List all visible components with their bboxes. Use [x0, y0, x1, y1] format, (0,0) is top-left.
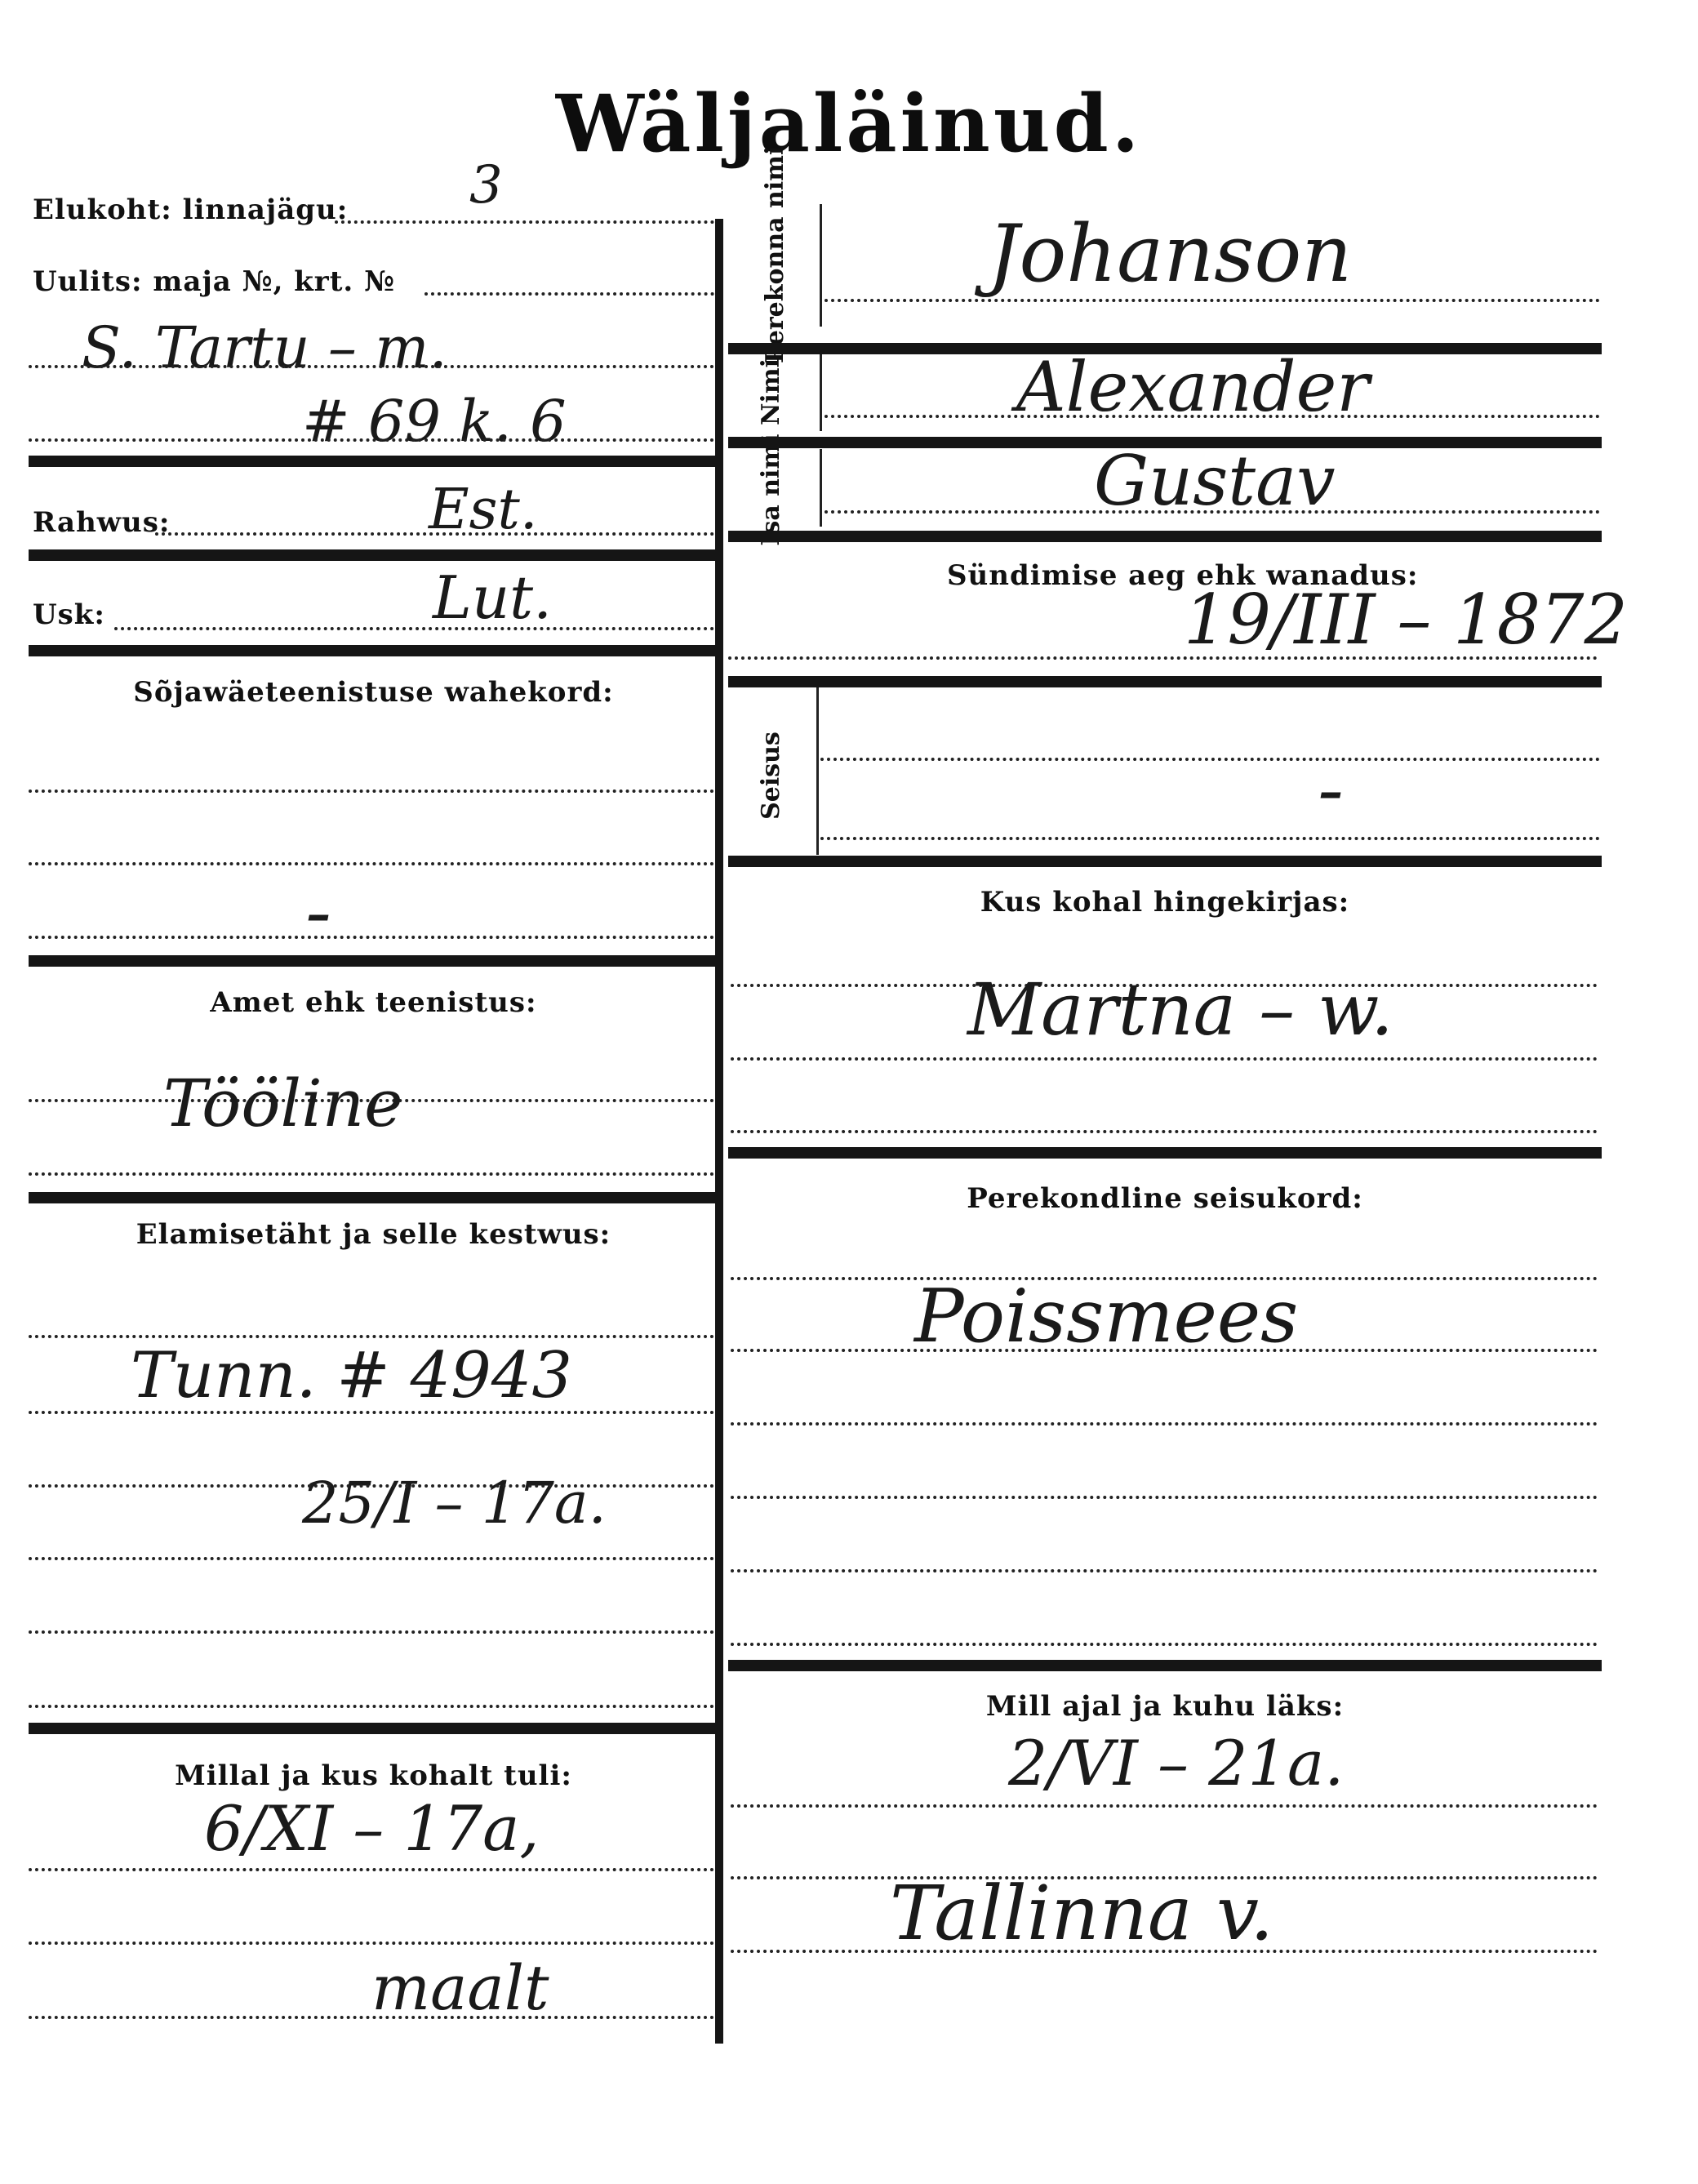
field-hingekirjas-3[interactable]: [731, 1130, 1598, 1133]
page-number: 3: [469, 155, 503, 216]
field-elamiseluba-5[interactable]: [29, 1630, 714, 1634]
value-sojavae: –: [306, 886, 331, 943]
label-column-divider: [820, 349, 822, 431]
value-millal-tuli-line1: 6/XI – 17a,: [204, 1792, 540, 1865]
field-sojavae-2[interactable]: [29, 862, 714, 865]
label-column-divider: [820, 204, 822, 327]
field-sundimise[interactable]: [728, 656, 1598, 660]
field-perekondline-4[interactable]: [731, 1496, 1598, 1499]
field-perekondline-6[interactable]: [731, 1643, 1598, 1646]
label-elamiseluba: Elamisetäht ja selle kestwus:: [29, 1218, 718, 1251]
divider: [728, 1147, 1602, 1159]
label-millal-tuli: Millal ja kus kohalt tuli:: [29, 1759, 718, 1792]
label-nimi: Nimi: [759, 343, 792, 441]
field-lahkus-3[interactable]: [731, 1950, 1598, 1953]
label-lahkus: Mill ajal ja kuhu läks:: [728, 1690, 1602, 1723]
field-perekonnanimi[interactable]: [825, 299, 1600, 302]
divider: [29, 1723, 718, 1734]
value-seisus: –: [1318, 763, 1343, 821]
field-usk[interactable]: [114, 627, 714, 630]
divider: [728, 856, 1602, 867]
value-hingekirjas: Martna – w.: [967, 967, 1394, 1052]
value-amet: Tööline: [163, 1065, 403, 1141]
label-perekonnanimi: Perekonna nimi: [763, 176, 812, 363]
field-millal-tuli-1[interactable]: [29, 1868, 714, 1871]
field-uulits-1[interactable]: [424, 292, 714, 296]
label-rahwus: Rahwus:: [33, 506, 170, 539]
field-perekondline-3[interactable]: [731, 1422, 1598, 1426]
value-perekonnanimi: Johanson: [988, 208, 1352, 300]
divider: [728, 531, 1602, 542]
value-usk: Lut.: [433, 563, 552, 632]
divider: [29, 1192, 718, 1203]
field-elamiseluba-2[interactable]: [29, 1411, 714, 1414]
value-millal-tuli-line2: maalt: [371, 1951, 549, 2024]
value-uulits-line1: S. Tartu – m.: [82, 314, 447, 381]
field-hingekirjas-2[interactable]: [731, 1057, 1598, 1061]
field-elukoht[interactable]: [335, 220, 714, 224]
field-seisus-1[interactable]: [820, 758, 1600, 761]
label-sojavae: Sõjawäeteenistuse wahekord:: [29, 676, 718, 709]
value-perekondline: Poissmees: [914, 1274, 1298, 1359]
label-hingekirjas: Kus kohal hingekirjas:: [728, 886, 1602, 919]
form-title: Wäljaläinud.: [0, 78, 1698, 170]
label-perekondline: Perekondline seisukord:: [728, 1182, 1602, 1215]
field-isanimi[interactable]: [825, 510, 1600, 514]
field-perekondline-5[interactable]: [731, 1569, 1598, 1572]
field-elamiseluba-3[interactable]: [29, 1484, 714, 1488]
label-isanimi: Isa nimi: [759, 433, 792, 547]
label-seisus: Seisus: [759, 718, 792, 833]
field-seisus-2[interactable]: [820, 837, 1600, 840]
value-lahkus-line2: Tallinna v.: [890, 1870, 1273, 1957]
divider: [728, 676, 1602, 687]
field-sojavae-1[interactable]: [29, 790, 714, 793]
field-perekondline-2[interactable]: [731, 1349, 1598, 1352]
field-lahkus-1[interactable]: [731, 1804, 1598, 1808]
divider: [29, 645, 718, 656]
field-millal-tuli-2[interactable]: [29, 1942, 714, 1945]
label-usk: Usk:: [33, 598, 105, 631]
field-elamiseluba-4[interactable]: [29, 1557, 714, 1560]
divider: [29, 549, 718, 561]
value-rahwus: Est.: [429, 478, 537, 542]
field-sojavae-3[interactable]: [29, 936, 714, 939]
field-millal-tuli-3[interactable]: [29, 2016, 714, 2019]
label-uulits: Uulits: maja №, krt. №: [33, 265, 395, 298]
label-column-divider: [816, 687, 819, 855]
divider: [29, 456, 718, 467]
label-column-divider: [820, 449, 822, 527]
field-elamiseluba-1[interactable]: [29, 1335, 714, 1338]
field-uulits-2[interactable]: [29, 365, 714, 368]
field-amet-2[interactable]: [29, 1172, 714, 1176]
value-lahkus-line1: 2/VI – 21a.: [1008, 1727, 1344, 1799]
field-uulits-3[interactable]: [29, 438, 714, 442]
divider: [29, 955, 718, 967]
field-elamiseluba-6[interactable]: [29, 1705, 714, 1708]
value-sundimise: 19/III – 1872: [1184, 580, 1628, 660]
field-nimi[interactable]: [825, 415, 1600, 418]
divider: [728, 1660, 1602, 1671]
label-amet: Amet ehk teenistus:: [29, 986, 718, 1019]
value-uulits-line2: # 69 k. 6: [302, 388, 567, 455]
value-elamiseluba-line1: Tunn. # 4943: [131, 1339, 572, 1412]
label-elukoht: Elukoht: linnajägu:: [33, 193, 348, 226]
value-isanimi: Gustav: [1094, 441, 1336, 521]
value-elamiseluba-line2: 25/I – 17a.: [302, 1470, 607, 1537]
